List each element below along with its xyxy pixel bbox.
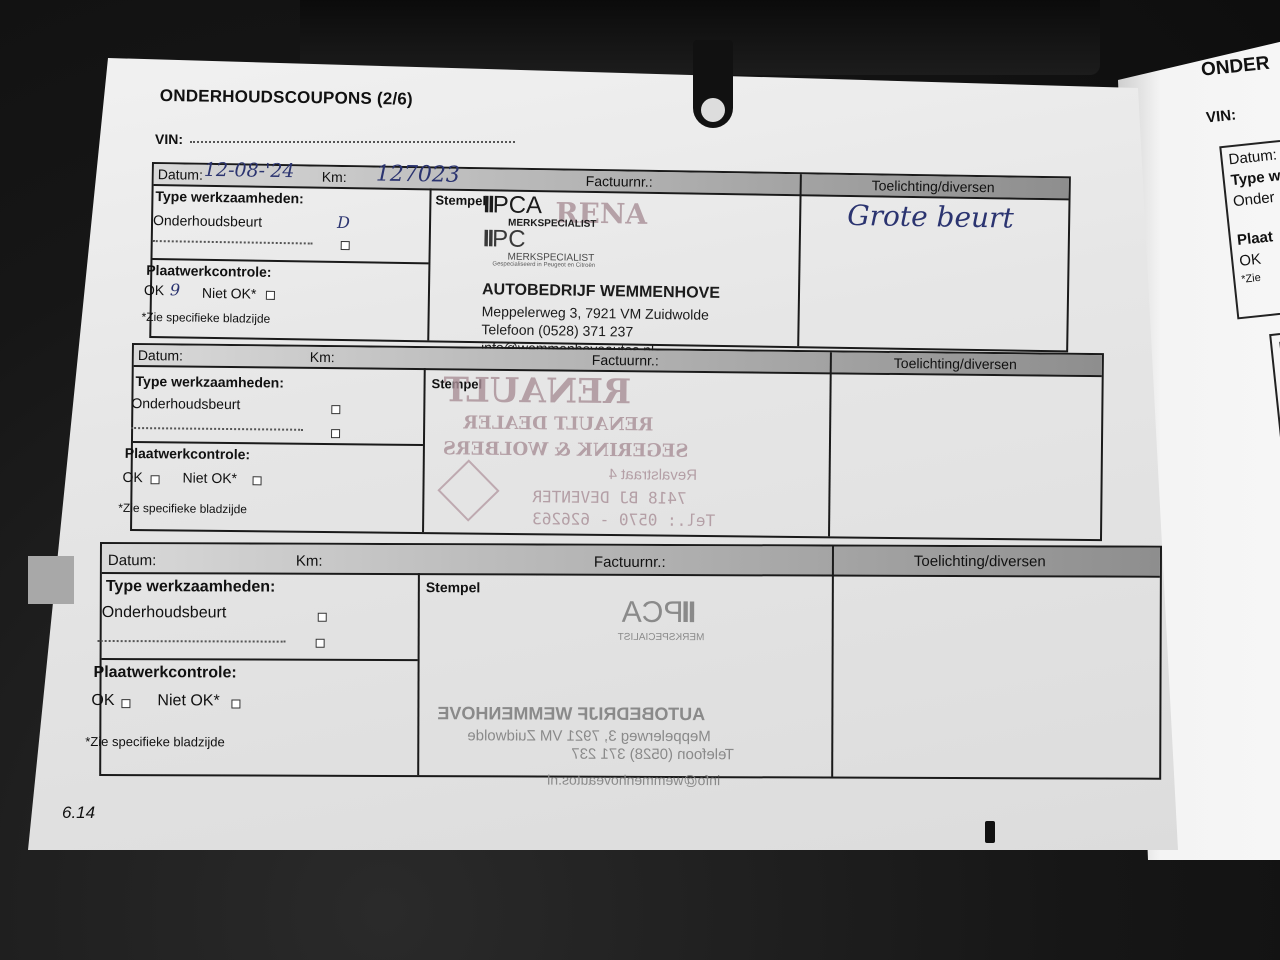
datum-value[interactable]: 12-08-'24 [204, 159, 295, 182]
mirrored-pca-merkspecialist: MERKSPECIALIST [618, 632, 705, 643]
mirrored-company: AUTOBEDRIJF WEMMENHOVE [437, 703, 705, 725]
divider [102, 658, 418, 661]
stempel-label: Stempel [426, 579, 481, 595]
stamp-address: Meppelerweg 3, 7921 VM Zuidwolde [482, 303, 709, 323]
datum-label: Datum: [158, 166, 203, 183]
stempel-label: Stempel [435, 192, 486, 208]
faint-renault-line2: SEGERINK & WOLBERS [443, 438, 689, 462]
faint-renault-line1: RENAULT DEALER [463, 412, 653, 435]
onderhoudsbeurt-checkbox[interactable] [318, 613, 327, 622]
stamp-company: AUTOBEDRIJF WEMMENHOVE [482, 281, 720, 303]
niet-ok-checkbox[interactable] [231, 699, 240, 708]
onderhoudsbeurt-checkbox[interactable] [331, 405, 340, 414]
km-label: Km: [296, 553, 323, 570]
ok-label: OK [123, 469, 143, 485]
extra-work-checkbox[interactable] [331, 429, 340, 438]
extra-work-field[interactable] [98, 640, 286, 643]
pca-logo: IIPCA [483, 191, 542, 220]
type-werkzaamheden-label: Type werkzaamheden: [106, 578, 276, 597]
ok-checkmark[interactable]: 9 [170, 280, 180, 299]
toelichting-label: Toelichting/diversen [894, 355, 1017, 372]
toelichting-label: Toelichting/diversen [872, 177, 995, 195]
plaatwerkcontrole-label: Plaatwerkcontrole: [94, 664, 237, 682]
factuurnr-label: Factuurnr.: [594, 554, 666, 571]
divider [797, 174, 802, 346]
onderhoudsbeurt-label: Onderhoudsbeurt [102, 604, 227, 622]
niet-ok-checkbox[interactable] [266, 291, 275, 300]
page-edge-marker [985, 821, 995, 843]
niet-ok-label: Niet OK* [157, 692, 219, 710]
faint-renault-line3: Revalstraat 4 [609, 466, 698, 484]
coupon-1: Datum: Km: Factuurnr.: Toelichting/diver… [149, 162, 1071, 352]
toelichting-value[interactable]: Grote beurt [847, 199, 1014, 235]
toelichting-label: Toelichting/diversen [914, 553, 1046, 570]
vin-label: VIN: [155, 131, 183, 147]
faint-renault-brand: RENAULT [443, 370, 631, 412]
pca-tagline: Gespecialiseerd in Peugeot en Citroën [492, 261, 595, 269]
coupon-3: Datum: Km: Factuurnr.: Toelichting/diver… [99, 542, 1162, 780]
page-number: 6.14 [62, 803, 95, 823]
mirrored-address: Meppelerweg 3, 7921 VM Zuidwolde [467, 727, 711, 745]
datum-label: Datum: [108, 552, 156, 569]
mirrored-email: info@wemmenhoveautos.nl [547, 772, 720, 789]
extra-work-checkbox[interactable] [316, 639, 325, 648]
plaatwerkcontrole-label: Plaatwerkcontrole: [146, 262, 272, 280]
extra-work-field[interactable] [153, 240, 313, 245]
ok-label: OK [144, 282, 164, 298]
onderhoudsbeurt-label: Onderhoudsbeurt [153, 212, 262, 230]
coupon-2: Datum: Km: Factuurnr.: Toelichting/diver… [130, 343, 1104, 541]
divider [831, 547, 834, 777]
km-label: Km: [322, 169, 347, 185]
plaatwerkcontrole-label: Plaatwerkcontrole: [125, 445, 250, 462]
onderhoudsbeurt-checkmark[interactable]: D [337, 213, 350, 232]
divider [828, 352, 832, 536]
ok-checkbox[interactable] [121, 699, 130, 708]
km-label: Km: [310, 349, 335, 365]
factuurnr-label: Factuurnr.: [592, 352, 659, 369]
divider [422, 368, 426, 532]
faint-renault-line4: 7418 BJ DEVENTER [532, 487, 686, 508]
factuurnr-label: Factuurnr.: [586, 173, 653, 190]
type-werkzaamheden-label: Type werkzaamheden: [136, 373, 285, 391]
extra-work-checkbox[interactable] [341, 241, 350, 250]
coupon-header: Datum: Km: Factuurnr.: Toelichting/diver… [102, 544, 1160, 578]
page-title: ONDERHOUDSCOUPONS (2/6) [160, 86, 413, 110]
footnote: *Zie specifieke bladzijde [85, 734, 225, 749]
divider [417, 573, 420, 775]
niet-ok-label: Niet OK* [183, 470, 238, 487]
vin-field[interactable] [190, 141, 515, 143]
type-werkzaamheden-label: Type werkzaamheden: [155, 188, 304, 206]
datum-label: Datum: [138, 347, 183, 363]
pca-logo-duplicate: IIPC [483, 225, 526, 254]
mirrored-pca-logo: IIPCA [622, 596, 696, 630]
niet-ok-checkbox[interactable] [253, 476, 262, 485]
niet-ok-label: Niet OK* [202, 285, 257, 302]
km-value[interactable]: 127023 [376, 162, 460, 188]
onderhoudsbeurt-label: Onderhoudsbeurt [131, 395, 240, 412]
footnote: *Zie specifieke bladzijde [141, 310, 270, 326]
ok-label: OK [91, 692, 114, 710]
stamp-phone: Telefoon (0528) 371 237 [481, 321, 633, 339]
extra-work-field[interactable] [131, 427, 303, 431]
mirrored-phone: Telefoon (0528) 371 237 [571, 746, 734, 764]
coupon-sheet: ONDERHOUDSCOUPONS (2/6) VIN: Datum: Km: … [0, 0, 1280, 960]
footnote: *Zie specifieke bladzijde [118, 501, 247, 516]
faint-renault-line5: Tel.: 0570 - 626263 [532, 509, 715, 530]
ok-checkbox[interactable] [151, 475, 160, 484]
renault-diamond-icon [437, 459, 499, 521]
